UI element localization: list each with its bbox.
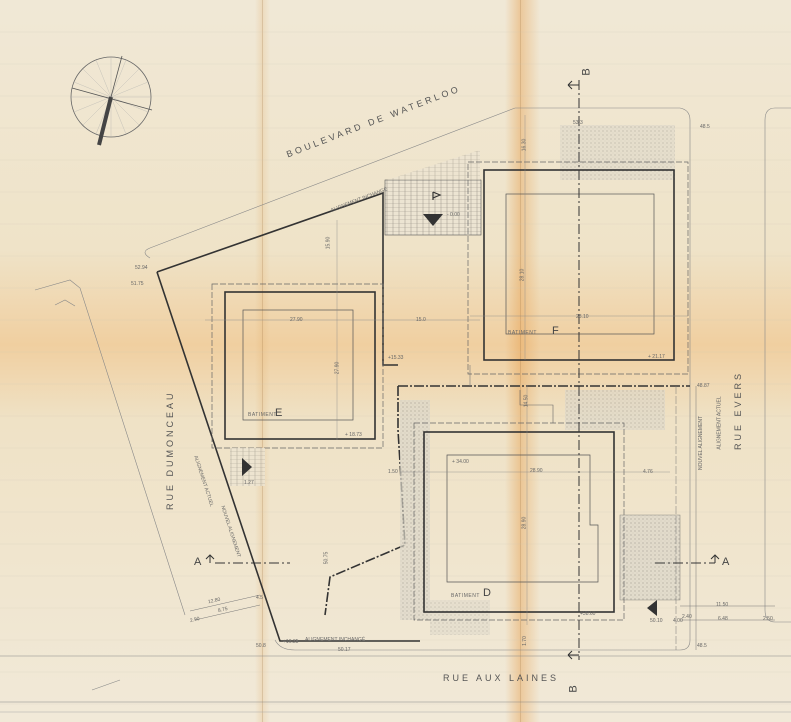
dim-ne-corner: 48.5 [700, 124, 710, 130]
section-label-a-right: A [722, 556, 729, 568]
section-label-b-bottom: B [568, 685, 580, 692]
dim-se-level: 50.10 [650, 618, 663, 624]
dim-nw-1: 52.94 [135, 265, 148, 271]
section-label-b-top: B [581, 68, 593, 75]
building-label: BATIMENT [451, 593, 480, 599]
dim-f-width: 28.10 [576, 314, 589, 320]
entrance-marker-icon [647, 600, 657, 616]
dim-sw-level: +16.35 [283, 639, 298, 645]
dim-se-3: 2.40 [682, 614, 692, 620]
dim-east-corner: 48.87 [697, 383, 710, 389]
dim-se-mid: 6.48 [718, 616, 728, 622]
dim-e-width: 27.90 [290, 317, 303, 323]
street-label-east: RUE EVERS [733, 371, 743, 450]
building-E [205, 220, 480, 448]
alignement-south: ALIGNEMENT INCHANGÉ [305, 637, 365, 643]
dim-d-width: 28.90 [530, 468, 543, 474]
dim-sw-4: 4.5 [256, 595, 263, 601]
dim-west-depth: 50.75 [323, 552, 329, 565]
building-label: BATIMENT [248, 412, 277, 418]
dim-f-setback: 16.30 [521, 139, 527, 152]
building-F [468, 115, 688, 374]
dim-se-total: 11.50 [716, 602, 728, 608]
alignement-east: ALIGNEMENT ACTUEL [717, 396, 723, 449]
nouvel-alignement-east: NOUVEL ALIGNEMENT [698, 416, 704, 470]
dim-d-south: 1.70 [522, 636, 528, 646]
dim-d-east: 4.76 [643, 469, 653, 475]
level-d-top: + 34.00 [452, 459, 469, 465]
dim-mid-gap: 15.0 [416, 317, 426, 323]
level-f: + 21.17 [648, 354, 665, 360]
dim-15-90: 15.90 [325, 237, 331, 250]
dim-se-corner: 48.5 [697, 643, 707, 649]
dim-f-depth: 28.10 [519, 269, 525, 282]
dim-e-depth: 27.90 [334, 362, 340, 375]
level-mid: +15.33 [388, 355, 403, 361]
compass-rose-icon [71, 56, 152, 145]
section-label-a-left: A [194, 556, 201, 568]
street-label-south: RUE AUX LAINES [443, 673, 559, 683]
level-courtyard: - 0.00 [447, 212, 460, 218]
courtyard-paving [385, 180, 481, 235]
level-d-bottom: +38.60 [580, 611, 595, 617]
dim-d-west: 1.50 [388, 469, 398, 475]
building-letter-e: E [275, 407, 282, 419]
dim-se-right: 2.50 [763, 616, 773, 622]
building-label: BATIMENT [508, 330, 537, 336]
dim-ne-top: 53.3 [573, 120, 583, 126]
building-letter-f: F [552, 325, 559, 337]
dim-d-depth: 28.90 [521, 517, 527, 530]
level-west-entry: 1.27 [244, 480, 254, 486]
building-letter-d: D [483, 587, 491, 599]
dim-nw-2: 51.75 [131, 281, 144, 287]
street-label-west: RUE DUMONCEAU [165, 390, 175, 510]
dim-sw-corner: 50.8 [256, 643, 266, 649]
dim-s-align: 50.17 [338, 647, 351, 653]
level-e: + 18.73 [345, 432, 362, 438]
building-D [400, 385, 680, 635]
dim-d-north: 14.50 [523, 395, 529, 408]
